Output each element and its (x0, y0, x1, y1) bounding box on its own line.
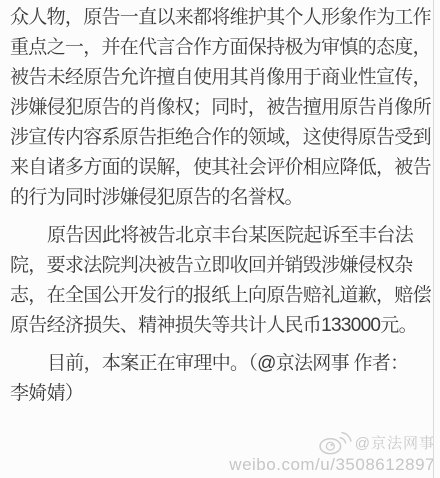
text-line: 原告因此将被告北京丰台某医院起诉至丰台法 (10, 221, 434, 251)
weibo-watermark: @京法网事 weibo.com/u/3508612897 (229, 429, 435, 475)
text-line: 来自诸多方面的误解，使其社会评价相应降低，被告 (10, 153, 434, 183)
article-text: 众人物，原告一直以来都将维护其个人形象作为工作 重点之一，并在代言合作方面保持极… (10, 3, 434, 409)
watermark-handle: @京法网事 (355, 432, 435, 453)
text-line: 涉宣传内容系原告拒绝合作的领域，这使得原告受到 (10, 123, 434, 153)
watermark-url: weibo.com/u/3508612897 (229, 455, 435, 475)
text-line: 众人物，原告一直以来都将维护其个人形象作为工作 (10, 3, 434, 33)
text-line: 院，要求法院判决被告立即收回并销毁涉嫌侵权杂 (10, 251, 434, 281)
page-right-border (433, 0, 434, 478)
document-page: 众人物，原告一直以来都将维护其个人形象作为工作 重点之一，并在代言合作方面保持极… (0, 0, 440, 478)
text-line: 的行为同时涉嫌侵犯原告的名誉权。 (10, 183, 434, 213)
text-line: 志，在全国公开发行的报纸上向原告赔礼道歉，赔偿 (10, 281, 434, 311)
text-line: 目前，本案正在审理中。（@京法网事 作者： (10, 349, 434, 379)
text-line: 原告经济损失、精神损失等共计人民币133000元。 (10, 311, 434, 341)
weibo-logo-icon (318, 428, 352, 456)
text-line: 被告未经原告允许擅自使用其肖像用于商业性宣传， (10, 63, 434, 93)
text-line: 重点之一，并在代言合作方面保持极为审慎的态度， (10, 33, 434, 63)
text-line: 涉嫌侵犯原告的肖像权；同时，被告擅用原告肖像所 (10, 93, 434, 123)
text-line: 李婍婧） (10, 379, 434, 409)
